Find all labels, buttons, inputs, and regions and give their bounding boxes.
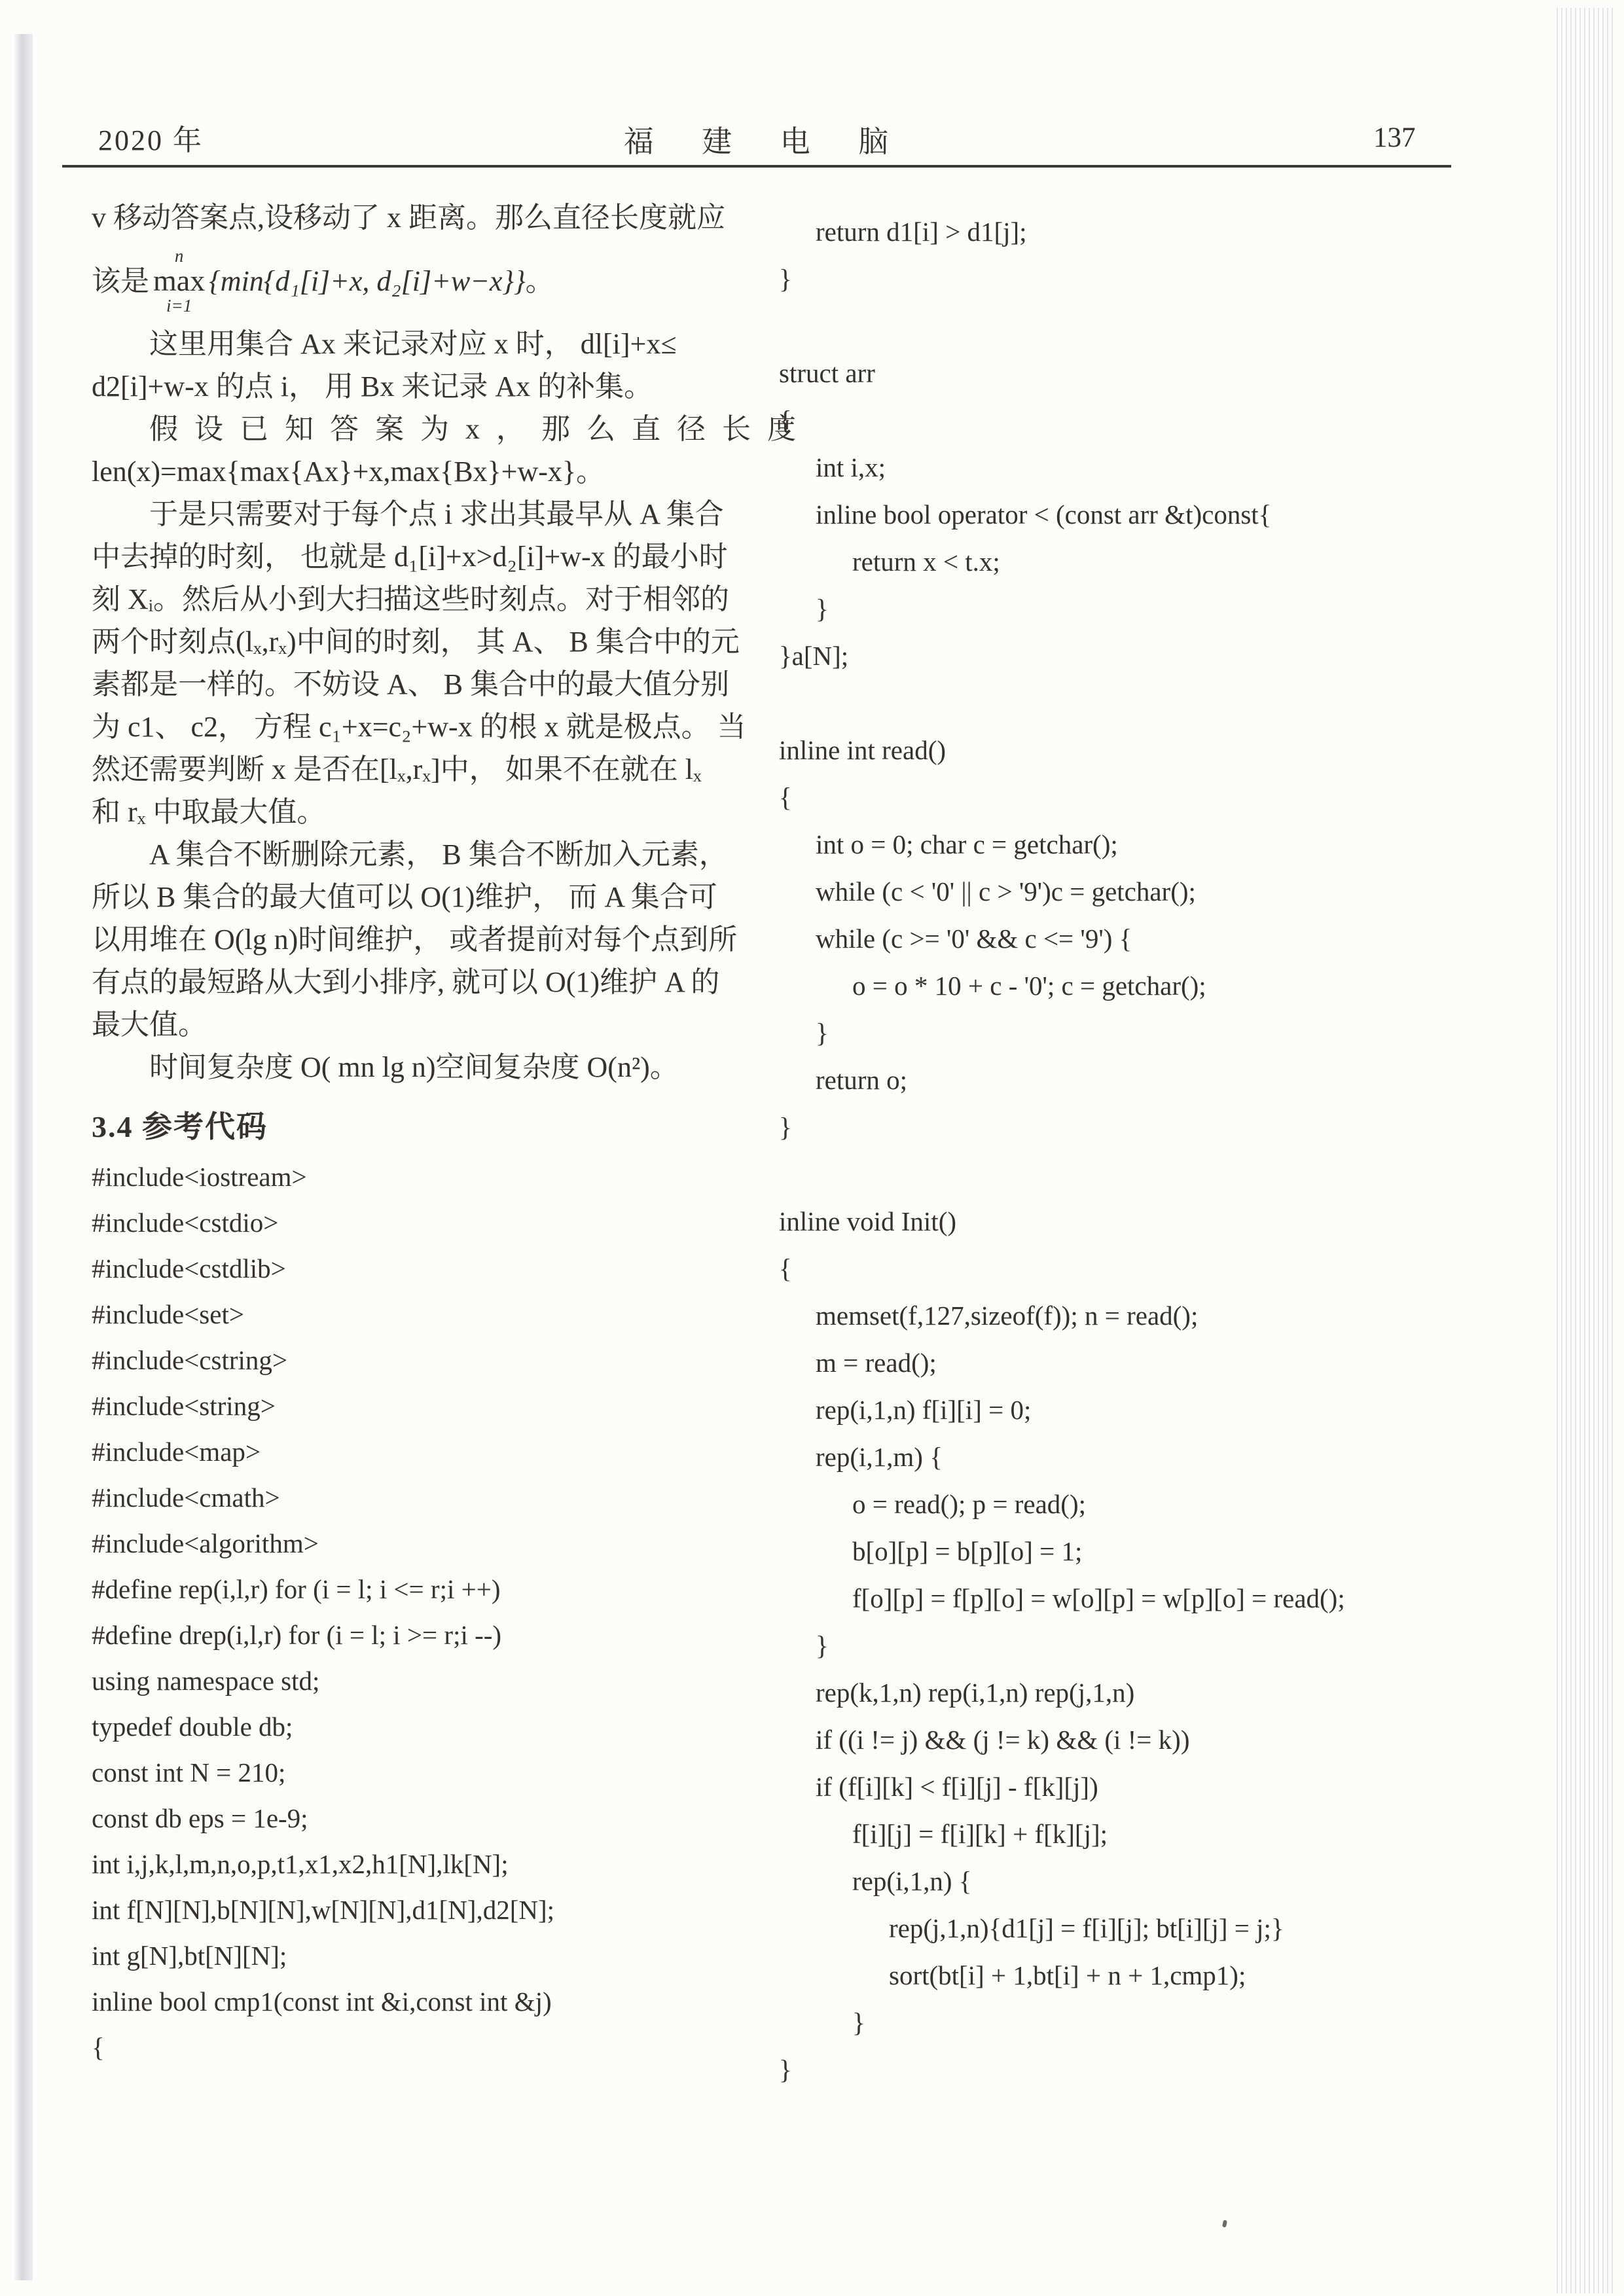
code-line: while (c < '0' || c > '9')c = getchar(); <box>779 868 1525 915</box>
left-body-text: v 移动答案点,设移动了 x 距离。那么直径长度就应 该是 n max i=1 … <box>92 196 725 1088</box>
formula-prefix: 该是 <box>92 260 149 302</box>
code-line: inline bool cmp1(const int &i,const int … <box>92 1979 725 2024</box>
scan-binding-streaks-right <box>1557 8 1614 2293</box>
section-heading: 3.4 参考代码 <box>92 1103 725 1137</box>
code-line: memset(f,127,sizeof(f)); n = read(); <box>779 1292 1525 1339</box>
formula-superscript: n <box>175 247 184 265</box>
code-line <box>779 302 1525 350</box>
code-line <box>779 679 1525 726</box>
body-line: 假 设 已 知 答 案 为 x ， 那 么 直 径 长 度 <box>92 408 725 450</box>
code-line: inline void Init() <box>779 1198 1525 1245</box>
code-line: #include<set> <box>92 1291 725 1337</box>
body-line: d2[i]+w-x 的点 i， 用 Bx 来记录 Ax 的补集。 <box>92 365 725 408</box>
body-line: 有点的最短路从大到小排序, 就可以 O(1)维护 A 的 <box>92 961 725 1003</box>
body-line: len(x)=max{max{Ax}+x,max{Bx}+w-x}。 <box>92 450 725 493</box>
code-line: o = o * 10 + c - '0'; c = getchar(); <box>779 962 1525 1009</box>
code-line: } <box>779 255 1525 302</box>
code-line: int i,x; <box>779 444 1525 491</box>
max-operator-stack: n max i=1 <box>153 247 205 315</box>
code-line: } <box>779 1103 1525 1151</box>
scanned-journal-page: { "header": { "year": "2020 年", "journal… <box>0 0 1624 2296</box>
code-line: #include<iostream> <box>92 1154 725 1200</box>
body-line: 时间复杂度 O( mn lg n)空间复杂度 O(n²)。 <box>92 1046 725 1088</box>
body-line: 刻 Xᵢ。然后从小到大扫描这些时刻点。对于相邻的 <box>92 578 725 620</box>
code-line: struct arr <box>779 350 1525 397</box>
code-line: b[o][p] = b[p][o] = 1; <box>779 1528 1525 1575</box>
code-line: return o; <box>779 1056 1525 1103</box>
diameter-formula: 该是 n max i=1 {min{d₁[i]+x, d₂[i]+w−x}} 。 <box>92 239 725 323</box>
right-column: return d1[i] > d1[j];}struct arr{int i,x… <box>779 208 1525 2093</box>
body-line: 素都是一样的。不妨设 A、 B 集合中的最大值分别 <box>92 663 725 706</box>
code-line: #include<cstdlib> <box>92 1246 725 1291</box>
code-line: { <box>779 1245 1525 1292</box>
code-line: int f[N][N],b[N][N],w[N][N],d1[N],d2[N]; <box>92 1887 725 1933</box>
code-line: rep(i,1,n) f[i][i] = 0; <box>779 1386 1525 1433</box>
header-journal-title: 福 建 电 脑 <box>624 118 906 161</box>
scan-edge-shadow-left <box>13 34 33 2280</box>
left-column: v 移动答案点,设移动了 x 距离。那么直径长度就应 该是 n max i=1 … <box>92 196 725 2070</box>
code-line: { <box>779 397 1525 444</box>
formula-subscript: i=1 <box>166 296 192 315</box>
code-line: rep(i,1,n) { <box>779 1857 1525 1905</box>
code-line: } <box>779 1009 1525 1056</box>
code-line: rep(k,1,n) rep(i,1,n) rep(j,1,n) <box>779 1669 1525 1716</box>
code-line: } <box>779 2046 1525 2093</box>
code-line: rep(j,1,n){d1[j] = f[i][j]; bt[i][j] = j… <box>779 1905 1525 1952</box>
body-line: 为 c1、 c2， 方程 c₁+x=c₂+w-x 的根 x 就是极点。 当 <box>92 706 725 748</box>
left-code-block: #include<iostream>#include<cstdio>#inclu… <box>92 1154 725 2070</box>
code-line: #include<algorithm> <box>92 1520 725 1566</box>
formula-operator: max <box>153 265 205 296</box>
body-line: 和 rₓ 中取最大值。 <box>92 791 725 833</box>
code-line: f[i][j] = f[i][k] + f[k][j]; <box>779 1810 1525 1857</box>
code-line: if (f[i][k] < f[i][j] - f[k][j]) <box>779 1763 1525 1810</box>
code-line: sort(bt[i] + 1,bt[i] + n + 1,cmp1); <box>779 1952 1525 1999</box>
formula-body: {min{d₁[i]+x, d₂[i]+w−x}} <box>209 260 525 302</box>
code-line: m = read(); <box>779 1339 1525 1386</box>
code-line: o = read(); p = read(); <box>779 1480 1525 1528</box>
body-line: 两个时刻点(lₓ,rₓ)中间的时刻， 其 A、 B 集合中的元 <box>92 620 725 663</box>
body-line: 最大值。 <box>92 1003 725 1046</box>
formula-suffix: 。 <box>526 260 554 302</box>
body-line: 所以 B 集合的最大值可以 O(1)维护， 而 A 集合可 <box>92 876 725 918</box>
code-line: inline int read() <box>779 726 1525 774</box>
code-line: if ((i != j) && (j != k) && (i != k)) <box>779 1716 1525 1763</box>
code-line: f[o][p] = f[p][o] = w[o][p] = w[p][o] = … <box>779 1575 1525 1622</box>
body-line: 这里用集合 Ax 来记录对应 x 时， dl[i]+x≤ <box>92 323 725 365</box>
body-line: A 集合不断删除元素， B 集合不断加入元素， <box>92 833 725 876</box>
code-line: { <box>92 2024 725 2070</box>
scan-speck <box>1222 2219 1227 2227</box>
code-line: int o = 0; char c = getchar(); <box>779 821 1525 868</box>
code-line: #include<cstdio> <box>92 1200 725 1246</box>
code-line: #include<cstring> <box>92 1337 725 1383</box>
code-line: return x < t.x; <box>779 538 1525 585</box>
code-line: #include<string> <box>92 1383 725 1429</box>
code-line: { <box>779 774 1525 821</box>
code-line: int i,j,k,l,m,n,o,p,t1,x1,x2,h1[N],lk[N]… <box>92 1841 725 1887</box>
header-rule <box>62 165 1451 168</box>
code-line: inline bool operator < (const arr &t)con… <box>779 491 1525 538</box>
code-line: #define rep(i,l,r) for (i = l; i <= r;i … <box>92 1566 725 1612</box>
body-line: 以用堆在 O(lg n)时间维护， 或者提前对每个点到所 <box>92 918 725 961</box>
code-line: #include<cmath> <box>92 1475 725 1520</box>
code-line: int g[N],bt[N][N]; <box>92 1933 725 1979</box>
code-line: while (c >= '0' && c <= '9') { <box>779 915 1525 962</box>
code-line: #define drep(i,l,r) for (i = l; i >= r;i… <box>92 1612 725 1658</box>
body-paragraph-lines: 这里用集合 Ax 来记录对应 x 时， dl[i]+x≤d2[i]+w-x 的点… <box>92 323 725 1088</box>
header-year: 2020 年 <box>98 117 204 158</box>
code-line: return d1[i] > d1[j]; <box>779 208 1525 255</box>
body-intro-line: v 移动答案点,设移动了 x 距离。那么直径长度就应 <box>92 196 725 239</box>
code-line: rep(i,1,m) { <box>779 1433 1525 1480</box>
code-line: const int N = 210; <box>92 1749 725 1795</box>
code-line: typedef double db; <box>92 1704 725 1749</box>
code-line <box>779 1151 1525 1198</box>
code-line: #include<map> <box>92 1429 725 1475</box>
body-line: 于是只需要对于每个点 i 求出其最早从 A 集合 <box>92 493 725 535</box>
code-line: using namespace std; <box>92 1658 725 1704</box>
right-code-block: return d1[i] > d1[j];}struct arr{int i,x… <box>779 208 1525 2093</box>
body-line: 中去掉的时刻， 也就是 d₁[i]+x>d₂[i]+w-x 的最小时 <box>92 535 725 578</box>
body-line: 然还需要判断 x 是否在[lₓ,rₓ]中， 如果不在就在 lₓ <box>92 748 725 791</box>
code-line: } <box>779 585 1525 632</box>
code-line: }a[N]; <box>779 632 1525 679</box>
code-line: const db eps = 1e-9; <box>92 1795 725 1841</box>
code-line: } <box>779 1999 1525 2046</box>
code-line: } <box>779 1622 1525 1669</box>
header-page-number: 137 <box>1373 122 1416 154</box>
